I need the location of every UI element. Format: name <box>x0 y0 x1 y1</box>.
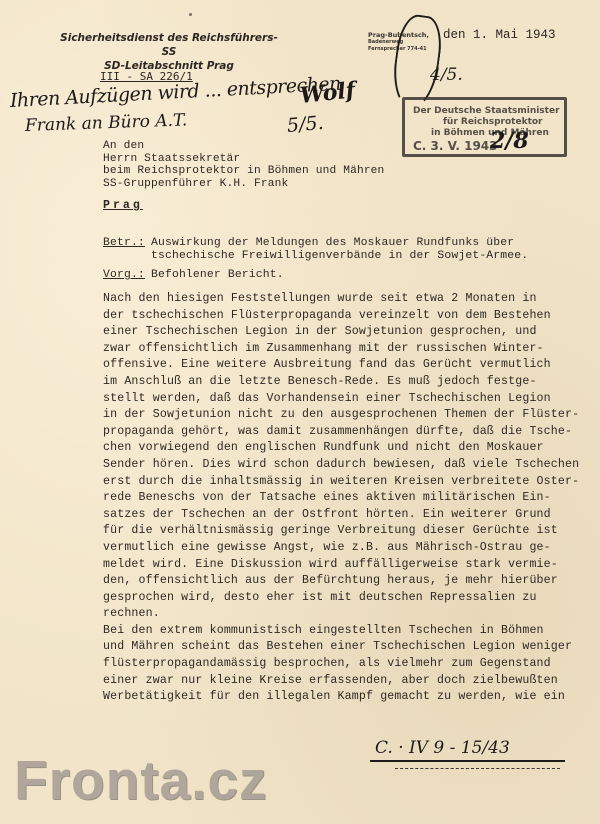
footer-underline <box>370 760 565 762</box>
document-page: Sicherheitsdienst des Reichsführers-SS S… <box>0 0 600 824</box>
recipient-line3: beim Reichsprotektor in Böhmen und Mähre… <box>103 165 384 178</box>
paper-speck <box>189 13 192 16</box>
subject-row: Betr.: Auswirkung der Meldungen des Mosk… <box>103 237 528 263</box>
handwritten-annotation-line2: Frank an Büro A.T. <box>25 110 188 136</box>
body-line: rechnen. <box>103 606 573 623</box>
body-line: satzes der Tschechen an der Ostfront hör… <box>103 507 573 524</box>
subject-line2: tschechische Freiwilligenverbände in der… <box>151 250 528 263</box>
body-line: offensive. Eine weitere Ausbreitung fand… <box>103 357 573 374</box>
previous-ref-value: Befohlener Bericht. <box>151 269 528 282</box>
body-line: Nach den hiesigen Feststellungen wurde s… <box>103 291 573 308</box>
body-line: gesprochen wird, desto eher ist mit deut… <box>103 590 573 607</box>
body-line: einer zwar nur kleine Kreise erfassenden… <box>103 673 573 690</box>
body-line: meldet wird. Eine Diskussion wird auffäl… <box>103 557 573 574</box>
body-line: der tschechischen Flüsterpropaganda vere… <box>103 308 573 325</box>
stamp-line1: Der Deutsche Staatsminister <box>413 106 556 117</box>
body-line: propaganda gehört, was damit zusammenhän… <box>103 424 573 441</box>
subject-value: Auswirkung der Meldungen des Moskauer Ru… <box>151 237 528 263</box>
body-line: einer Tschechischen Legion in der Sowjet… <box>103 324 573 341</box>
recipient-line4: SS-Gruppenführer K.H. Frank <box>103 178 384 191</box>
stamp-line2: für Reichsprotektor <box>413 117 556 128</box>
subject-line1: Auswirkung der Meldungen des Moskauer Ru… <box>151 237 528 250</box>
body-line: Bei den extrem kommunistisch eingestellt… <box>103 623 573 640</box>
recipient-line1: An den <box>103 140 384 153</box>
subject-block: Betr.: Auswirkung der Meldungen des Mosk… <box>103 237 528 282</box>
body-line: Sender hören. Dies wird schon dadurch be… <box>103 457 573 474</box>
body-line: flüsterpropagandamässig besprochen, als … <box>103 656 573 673</box>
letter-date: den 1. Mai 1943 <box>443 28 556 42</box>
handwritten-signature-date: 4/5. <box>430 65 463 85</box>
body-line: rede Beneschs von der Tatsache eines akt… <box>103 490 573 507</box>
stamp-date: C. 3. V. 1943 <box>413 139 556 152</box>
body-line: im Anschluß an die letzte Benesch-Rede. … <box>103 374 573 391</box>
body-line: chen vorwiegend den englischen Rundfunk … <box>103 440 573 457</box>
body-line: und Mähren scheint das Bestehen einer Ts… <box>103 639 573 656</box>
body-text: Nach den hiesigen Feststellungen wurde s… <box>103 291 573 706</box>
recipient-line2: Herrn Staatssekretär <box>103 153 384 166</box>
watermark: Fronta.cz <box>14 748 267 812</box>
body-line: in der Sowjetunion nicht zu den ausgespr… <box>103 407 573 424</box>
letterhead: Sicherheitsdienst des Reichsführers-SS S… <box>54 31 284 73</box>
body-line: vermutlich eine gewisse Angst, wie z.B. … <box>103 540 573 557</box>
body-line: für die verhältnismässig geringe Verbrei… <box>103 523 573 540</box>
previous-ref-label: Vorg.: <box>103 269 151 282</box>
subject-label: Betr.: <box>103 237 151 263</box>
body-line: zwar offensichtlich im Zusammenhang mit … <box>103 341 573 358</box>
body-line: den, offensichtlich aus der Befürchtung … <box>103 573 573 590</box>
body-line: stellt werden, daß das Vorhandensein ein… <box>103 391 573 408</box>
handwritten-stamp-number: 2/8 <box>490 128 529 154</box>
handwritten-mark-date: 5/5. <box>286 112 324 137</box>
body-line: Werbetätigkeit für den illegalen Kampf g… <box>103 689 573 706</box>
letterhead-line1: Sicherheitsdienst des Reichsführers-SS <box>54 31 284 59</box>
body-line: erst durch die inhaltsmässig in weiteren… <box>103 474 573 491</box>
recipient-city: Prag <box>103 198 143 215</box>
handwritten-initials: Wolf <box>299 77 357 109</box>
recipient-block: An den Herrn Staatssekretär beim Reichsp… <box>103 140 384 190</box>
handwritten-footer-note: C. · IV 9 - 15/43 <box>375 738 510 758</box>
stamp-line3: in Böhmen und Mähren <box>413 128 556 139</box>
received-stamp: Der Deutsche Staatsminister für Reichspr… <box>402 97 567 157</box>
footer-dashed-line <box>395 768 560 769</box>
previous-ref-row: Vorg.: Befohlener Bericht. <box>103 269 528 282</box>
